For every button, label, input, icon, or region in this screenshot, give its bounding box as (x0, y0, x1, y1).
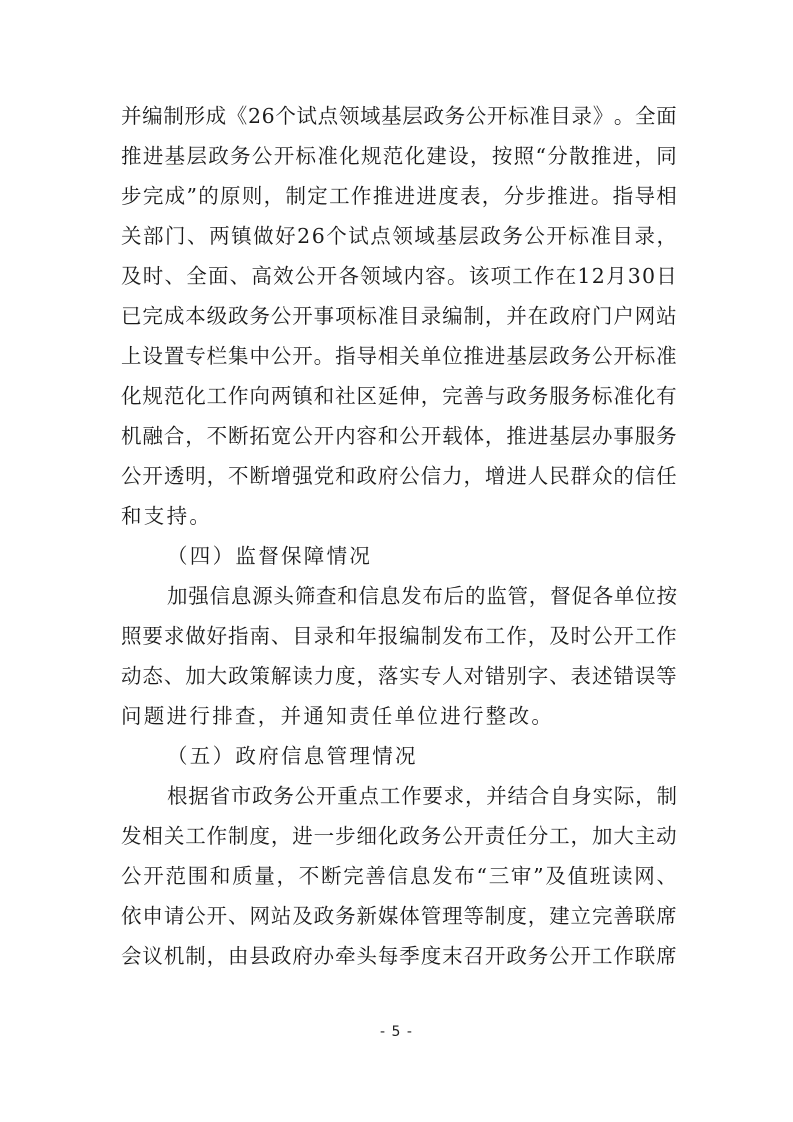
text-line: 步完成”的原则，制定工作推进进度表，分步推进。指导相 (121, 176, 677, 216)
text-line: 会议机制，由县政府办牵头每季度末召开政务公开工作联席 (121, 936, 677, 976)
paragraph-supervision: 加强信息源头筛查和信息发布后的监管，督促各单位按 照要求做好指南、目录和年报编制… (121, 576, 677, 736)
text-line: 推进基层政务公开标准化规范化建设，按照“分散推进，同 (121, 136, 677, 176)
section-heading-supervision: （四）监督保障情况 (121, 536, 677, 576)
text-line: 及时、全面、高效公开各领域内容。该项工作在12月30日 (121, 256, 677, 296)
text-line: 化规范化工作向两镇和社区延伸，完善与政务服务标准化有 (121, 376, 677, 416)
text-line: 并编制形成《26个试点领域基层政务公开标准目录》。全面 (121, 96, 677, 136)
text-line: 根据省市政务公开重点工作要求，并结合自身实际，制 (121, 776, 677, 816)
page-number: - 5 - (0, 1024, 793, 1040)
text-line: 依申请公开、网站及政务新媒体管理等制度，建立完善联席 (121, 896, 677, 936)
text-line: 问题进行排查，并通知责任单位进行整改。 (121, 696, 677, 736)
text-line: 和支持。 (121, 496, 677, 536)
text-line: 机融合，不断拓宽公开内容和公开载体，推进基层办事服务 (121, 416, 677, 456)
text-line: 关部门、两镇做好26个试点领域基层政务公开标准目录， (121, 216, 677, 256)
paragraph-info-management: 根据省市政务公开重点工作要求，并结合自身实际，制 发相关工作制度，进一步细化政务… (121, 776, 677, 976)
text-line: 上设置专栏集中公开。指导相关单位推进基层政务公开标准 (121, 336, 677, 376)
text-line: 照要求做好指南、目录和年报编制发布工作，及时公开工作 (121, 616, 677, 656)
text-line: 动态、加大政策解读力度，落实专人对错别字、表述错误等 (121, 656, 677, 696)
text-line: 加强信息源头筛查和信息发布后的监管，督促各单位按 (121, 576, 677, 616)
text-line: 公开透明，不断增强党和政府公信力，增进人民群众的信任 (121, 456, 677, 496)
section-heading-info-management: （五）政府信息管理情况 (121, 736, 677, 776)
text-line: 发相关工作制度，进一步细化政务公开责任分工，加大主动 (121, 816, 677, 856)
document-page: 并编制形成《26个试点领域基层政务公开标准目录》。全面 推进基层政务公开标准化规… (121, 96, 677, 976)
text-line: 公开范围和质量，不断完善信息发布“三审”及值班读网、 (121, 856, 677, 896)
text-line: 已完成本级政务公开事项标准目录编制，并在政府门户网站 (121, 296, 677, 336)
paragraph-standard-catalog: 并编制形成《26个试点领域基层政务公开标准目录》。全面 推进基层政务公开标准化规… (121, 96, 677, 536)
